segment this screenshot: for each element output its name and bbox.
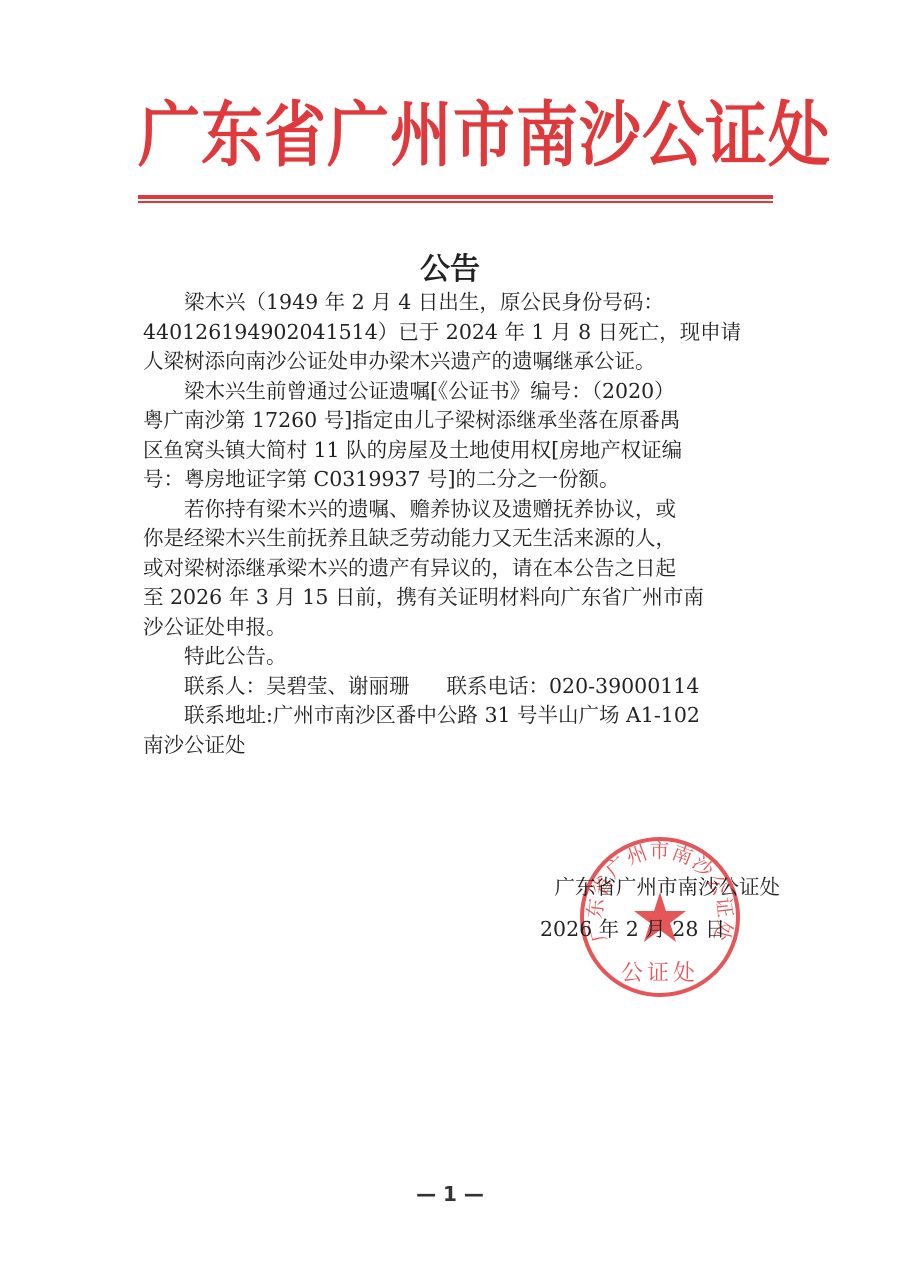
signature-organization: 广东省广州市南沙公证处 bbox=[500, 866, 780, 908]
paragraph-applicant: 梁木兴（1949 年 2 月 4 日出生，原公民身份号码： 4401261949… bbox=[143, 288, 777, 377]
contact-info: 联系人：吴碧莹、谢丽珊联系电话：020-39000114 联系地址:广州市南沙区… bbox=[143, 672, 777, 761]
paragraph-line: 你是经梁木兴生前抚养且缺乏劳动能力又无生活来源的人， bbox=[143, 524, 777, 554]
paragraph-objection: 若你持有梁木兴的遗嘱、赡养协议及遗赠抚养协议，或 你是经梁木兴生前抚养且缺乏劳动… bbox=[143, 495, 777, 643]
contact-address: 广州市南沙区番中公路 31 号半山广场 A1-102 bbox=[273, 703, 700, 727]
paragraph-closing: 特此公告。 bbox=[143, 642, 777, 672]
paragraph-line: 至 2026 年 3 月 15 日前，携有关证明材料向广东省广州市南 bbox=[143, 583, 777, 613]
paragraph-line: 区鱼窝头镇大简村 11 队的房屋及土地使用权[房地产权证编 bbox=[143, 436, 777, 466]
contact-persons: 吴碧莹、谢丽珊 bbox=[266, 674, 410, 698]
paragraph-line: 沙公证处申报。 bbox=[143, 613, 777, 643]
seal-bottom-text: 公证处 bbox=[621, 961, 699, 986]
paragraph-line: 若你持有梁木兴的遗嘱、赡养协议及遗赠抚养协议，或 bbox=[143, 495, 777, 525]
contact-line: 联系地址:广州市南沙区番中公路 31 号半山广场 A1-102 bbox=[143, 701, 777, 731]
paragraph-line: 梁木兴生前曾通过公证遗嘱[《公证书》编号：（2020） bbox=[143, 377, 777, 407]
contact-phone-label: 联系电话： bbox=[447, 674, 550, 698]
contact-address-continued: 南沙公证处 bbox=[143, 731, 777, 761]
paragraph-line: 或对梁树添继承梁木兴的遗产有异议的，请在本公告之日起 bbox=[143, 554, 777, 584]
letterhead-rule-thin bbox=[138, 201, 773, 203]
paragraph-line: 梁木兴（1949 年 2 月 4 日出生，原公民身份号码： bbox=[143, 288, 777, 318]
document-title: 公告 bbox=[0, 250, 900, 290]
document-body: 梁木兴（1949 年 2 月 4 日出生，原公民身份号码： 4401261949… bbox=[143, 288, 777, 760]
paragraph-line: 号：粤房地证字第 C0319937 号]的二分之一份额。 bbox=[143, 465, 777, 495]
signature-date: 2026 年 2 月 28 日 bbox=[500, 908, 780, 950]
contact-phone: 020-39000114 bbox=[549, 674, 699, 698]
contact-persons-label: 联系人： bbox=[184, 674, 266, 698]
paragraph-line: 特此公告。 bbox=[143, 642, 777, 672]
signature-block: 广东省广州市南沙公证处 2026 年 2 月 28 日 bbox=[500, 866, 780, 950]
paragraph-line: 440126194902041514）已于 2024 年 1 月 8 日死亡，现… bbox=[143, 318, 777, 348]
letterhead-title: 广东省广州市南沙公证处 bbox=[138, 88, 778, 182]
page-number: — 1 — bbox=[0, 1182, 900, 1206]
paragraph-will: 梁木兴生前曾通过公证遗嘱[《公证书》编号：（2020） 粤广南沙第 17260 … bbox=[143, 377, 777, 495]
letterhead-rule-thick bbox=[138, 195, 773, 199]
paragraph-line: 人梁树添向南沙公证处申办梁木兴遗产的遗嘱继承公证。 bbox=[143, 347, 777, 377]
contact-line: 联系人：吴碧莹、谢丽珊联系电话：020-39000114 bbox=[143, 672, 777, 702]
contact-address-label: 联系地址: bbox=[184, 703, 273, 727]
paragraph-line: 粤广南沙第 17260 号]指定由儿子梁树添继承坐落在原番禺 bbox=[143, 406, 777, 436]
